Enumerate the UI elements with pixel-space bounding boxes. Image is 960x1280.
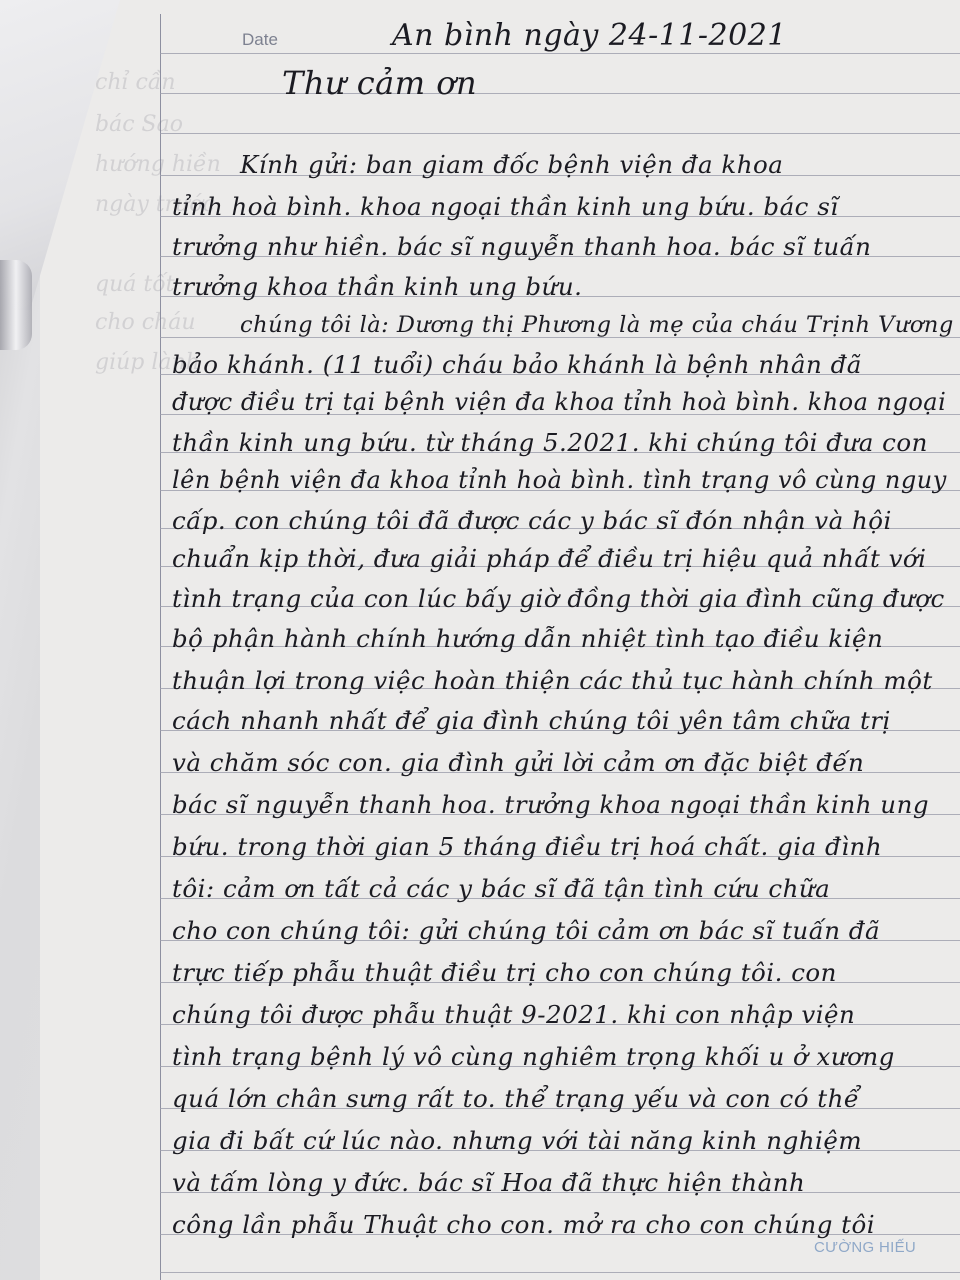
letter-line: được điều trị tại bệnh viện đa khoa tỉnh… <box>172 388 946 416</box>
binder-clip <box>0 260 32 350</box>
bleed-through-text: chỉ cần <box>95 70 215 95</box>
letter-line: tình trạng của con lúc bấy giờ đồng thời… <box>172 584 945 613</box>
date-label: Date <box>242 30 278 50</box>
letter-line: cấp. con chúng tôi đã được các y bác sĩ … <box>172 506 892 535</box>
letter-line: bứu. trong thời gian 5 tháng điều trị ho… <box>172 832 882 861</box>
letter-line: và chăm sóc con. gia đình gửi lời cảm ơn… <box>172 748 864 777</box>
letter-line: gia đi bất cứ lúc nào. nhưng với tài năn… <box>172 1126 862 1155</box>
letter-line: lên bệnh viện đa khoa tỉnh hoà bình. tìn… <box>172 466 947 494</box>
ruled-line <box>160 133 960 134</box>
letter-line: chúng tôi là: Dương thị Phương là mẹ của… <box>240 312 954 338</box>
letter-line: Kính gửi: ban giam đốc bệnh viện đa khoa <box>240 150 783 179</box>
letter-line: cách nhanh nhất để gia đình chúng tôi yê… <box>172 706 891 735</box>
letter-line: bộ phận hành chính hướng dẫn nhiệt tình … <box>172 624 883 653</box>
letter-line: cho con chúng tôi: gửi chúng tôi cảm ơn … <box>172 916 880 945</box>
bleed-through-text: cho cháu <box>95 310 215 335</box>
letter-line: quá lớn chân sưng rất to. thể trạng yếu … <box>172 1084 860 1113</box>
letter-line: và tấm lòng y đức. bác sĩ Hoa đã thực hi… <box>172 1168 805 1197</box>
letter-line: thần kinh ung bứu. từ tháng 5.2021. khi … <box>172 428 928 457</box>
letter-line: tình trạng bệnh lý vô cùng nghiêm trọng … <box>172 1042 895 1071</box>
letter-line: chuẩn kịp thời, đưa giải pháp để điều tr… <box>172 544 927 573</box>
letter-line: bác sĩ nguyễn thanh hoa. trưởng khoa ngo… <box>172 790 929 819</box>
letter-line: trưởng như hiền. bác sĩ nguyễn thanh hoa… <box>172 232 871 261</box>
letter-line: tôi: cảm ơn tất cả các y bác sĩ đã tận t… <box>172 874 830 903</box>
letter-line: thuận lợi trong việc hoàn thiện các thủ … <box>172 666 933 695</box>
ruled-line <box>160 1272 960 1273</box>
letter-line: trực tiếp phẫu thuật điều trị cho con ch… <box>172 958 837 987</box>
letter-line: bảo khánh. (11 tuổi) cháu bảo khánh là b… <box>172 350 862 379</box>
letter-line: công lần phẫu Thuật cho con. mở ra cho c… <box>172 1210 875 1239</box>
letter-line: chúng tôi được phẫu thuật 9-2021. khi co… <box>172 1000 855 1029</box>
letter-line: tỉnh hoà bình. khoa ngoại thần kinh ung … <box>172 192 839 221</box>
watermark: CƯỜNG HIẾU <box>814 1239 916 1256</box>
letter-title: Thư cảm ơn <box>282 64 477 102</box>
bleed-through-text: hướng hiền <box>95 152 215 177</box>
ruled-line <box>160 53 960 54</box>
letter-line: trưởng khoa thần kinh ung bứu. <box>172 272 582 301</box>
letter-place-date: An bình ngày 24-11-2021 <box>392 18 787 53</box>
ruled-line <box>160 93 960 94</box>
bleed-through-text: bác Sao <box>95 112 215 137</box>
